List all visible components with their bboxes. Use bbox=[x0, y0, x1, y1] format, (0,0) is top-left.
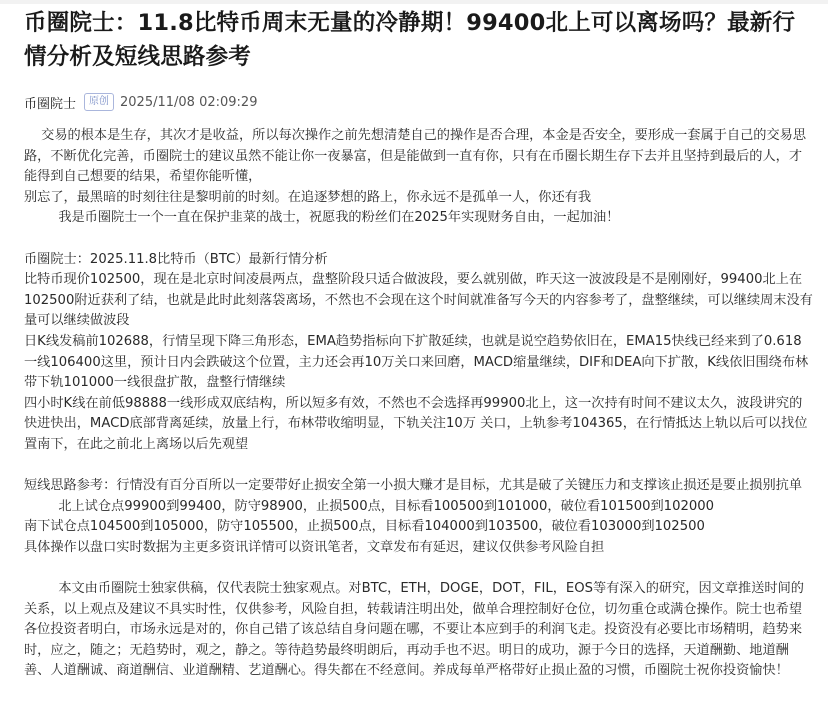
spacer bbox=[24, 558, 814, 579]
intro-paragraph-1: 交易的根本是生存，其次才是收益，所以每次操作之前先想清楚自己的操作是否合理，本金… bbox=[24, 126, 814, 188]
strategy-short: 南下试仓点104500到105000，防守105500，止损500点，目标看10… bbox=[24, 517, 814, 538]
intro-paragraph-3: 我是币圈院士一个一直在保护韭菜的战士，祝愿我的粉丝们在2025年实现财务自由，一… bbox=[24, 208, 814, 229]
original-badge: 原创 bbox=[84, 93, 114, 111]
analysis-heading: 币圈院士：2025.11.8比特币（BTC）最新行情分析 bbox=[24, 250, 814, 271]
strategy-note: 具体操作以盘口实时数据为主更多资讯详情可以资讯笔者，文章发布有延迟，建议仅供参考… bbox=[24, 538, 814, 559]
article: 币圈院士：11.8比特币周末无量的冷静期！99400北上可以离场吗？最新行情分析… bbox=[24, 6, 814, 682]
article-body: 交易的根本是生存，其次才是收益，所以每次操作之前先想清楚自己的操作是否合理，本金… bbox=[24, 126, 814, 682]
top-edge-bar bbox=[0, 0, 828, 4]
author-name[interactable]: 币圈院士 bbox=[24, 93, 76, 112]
article-meta: 币圈院士 原创 2025/11/08 02:09:29 bbox=[24, 92, 814, 112]
publish-timestamp: 2025/11/08 02:09:29 bbox=[120, 95, 257, 110]
intro-paragraph-2: 别忘了，最黑暗的时刻往往是黎明前的时刻。在追逐梦想的路上，你永远不是孤单一人，你… bbox=[24, 188, 814, 209]
strategy-intro: 短线思路参考：行情没有百分百所以一定要带好止损安全第一小损大赚才是目标，尤其是破… bbox=[24, 476, 814, 497]
analysis-paragraph-2: 日K线发稿前102688，行情呈现下降三角形态，EMA趋势指标向下扩散延续，也就… bbox=[24, 332, 814, 394]
disclaimer-paragraph: 本文由币圈院士独家供稿，仅代表院士独家观点。对BTC，ETH，DOGE，DOT，… bbox=[24, 579, 814, 682]
analysis-paragraph-3: 四小时K线在前低98888一线形成双底结构，所以短多有效，不然也不会选择再999… bbox=[24, 394, 814, 456]
spacer bbox=[24, 456, 814, 477]
spacer bbox=[24, 229, 814, 250]
strategy-long: 北上试仓点99900到99400，防守98900，止损500点，目标看10050… bbox=[24, 497, 814, 518]
analysis-paragraph-1: 比特币现价102500，现在是北京时间凌晨两点，盘整阶段只适合做波段，要么就别做… bbox=[24, 270, 814, 332]
article-title: 币圈院士：11.8比特币周末无量的冷静期！99400北上可以离场吗？最新行情分析… bbox=[24, 6, 814, 74]
